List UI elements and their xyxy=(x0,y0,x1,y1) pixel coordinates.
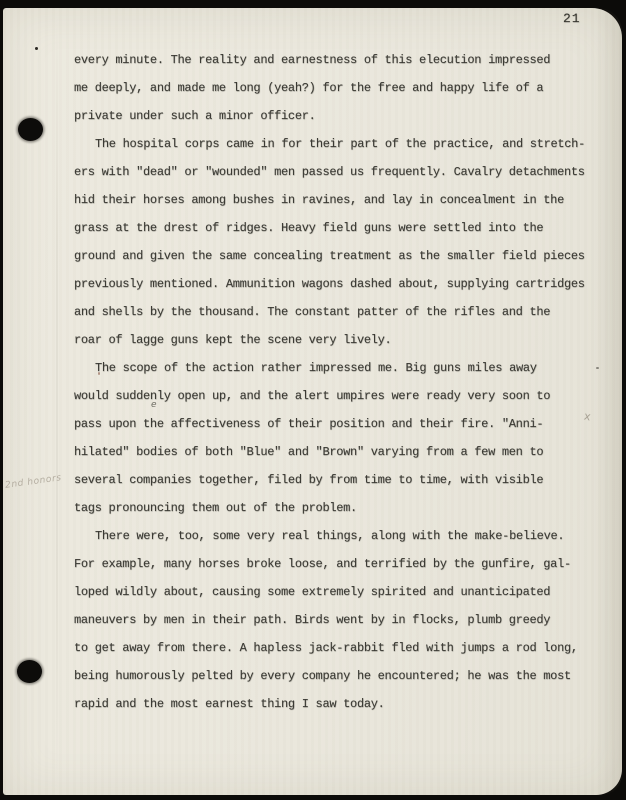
typed-text-block: every minute. The reality and earnestnes… xyxy=(74,46,608,718)
typed-line: several companies together, filed by fro… xyxy=(74,466,608,494)
typed-line: For example, many horses broke loose, an… xyxy=(74,550,608,578)
typed-line: ground and given the same concealing tre… xyxy=(74,242,608,270)
typed-line: roar of lagge guns kept the scene very l… xyxy=(74,326,608,354)
typed-line: private under such a minor officer. xyxy=(74,102,608,130)
punch-hole-bottom xyxy=(17,660,42,683)
paragraph: The scope of the action rather impressed… xyxy=(74,354,608,522)
typed-line: maneuvers by men in their path. Birds we… xyxy=(74,606,608,634)
typed-line: hilated" bodies of both "Blue" and "Brow… xyxy=(74,438,608,466)
typed-line: loped wildly about, causing some extreme… xyxy=(74,578,608,606)
typed-line: and shells by the thousand. The constant… xyxy=(74,298,608,326)
paragraph: The hospital corps came in for their par… xyxy=(74,130,608,354)
typed-line: The hospital corps came in for their par… xyxy=(74,130,608,158)
page-number: 21 xyxy=(563,11,581,26)
typed-line: There were, too, some very real things, … xyxy=(74,522,608,550)
typed-line: rapid and the most earnest thing I saw t… xyxy=(74,690,608,718)
scanned-page: 21 2nd honors x e every minute. The real… xyxy=(0,0,626,800)
typed-line: tags pronouncing them out of the problem… xyxy=(74,494,608,522)
typed-line: being humorously pelted by every company… xyxy=(74,662,608,690)
typed-line: hid their horses among bushes in ravines… xyxy=(74,186,608,214)
paper-speck xyxy=(35,47,38,50)
typed-line: grass at the drest of ridges. Heavy fiel… xyxy=(74,214,608,242)
typed-line: ers with "dead" or "wounded" men passed … xyxy=(74,158,608,186)
paragraph: There were, too, some very real things, … xyxy=(74,522,608,718)
paper-crease xyxy=(56,8,58,795)
typed-line: to get away from there. A hapless jack-r… xyxy=(74,634,608,662)
typed-line: pass upon the affectiveness of their pos… xyxy=(74,410,608,438)
punch-hole-top xyxy=(18,118,43,141)
typed-line: every minute. The reality and earnestnes… xyxy=(74,46,608,74)
typed-line: The scope of the action rather impressed… xyxy=(74,354,608,382)
typed-line: me deeply, and made me long (yeah?) for … xyxy=(74,74,608,102)
typed-line: previously mentioned. Ammunition wagons … xyxy=(74,270,608,298)
typed-line: would suddenly open up, and the alert um… xyxy=(74,382,608,410)
paragraph: every minute. The reality and earnestnes… xyxy=(74,46,608,130)
